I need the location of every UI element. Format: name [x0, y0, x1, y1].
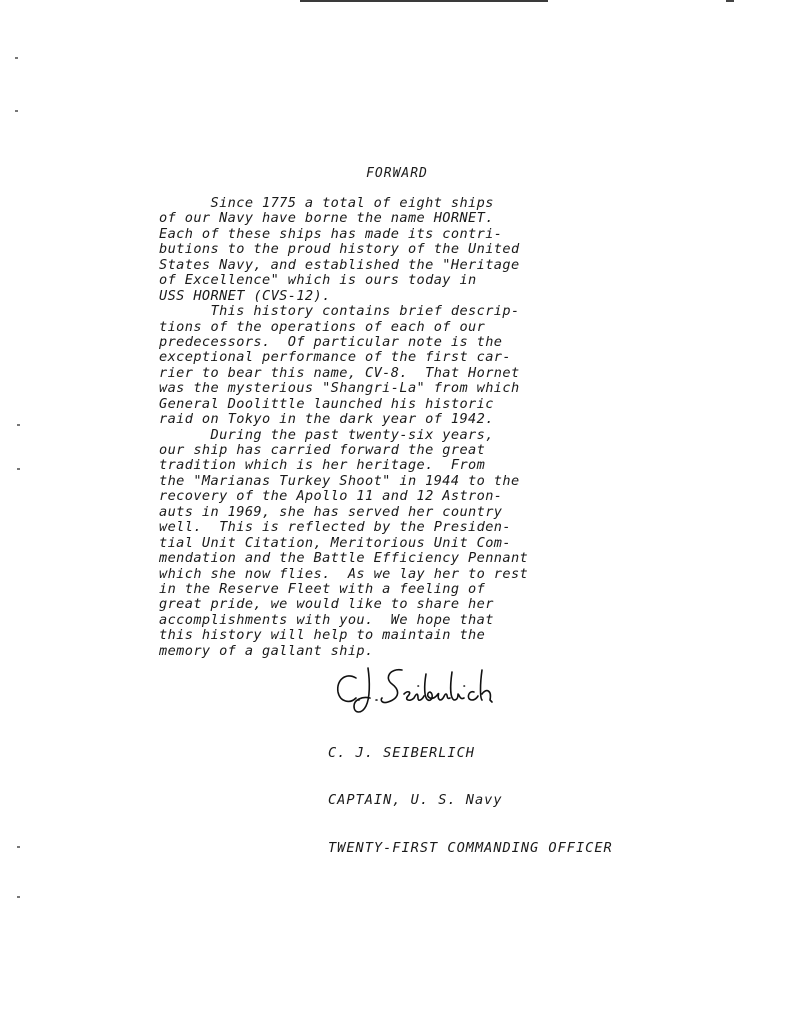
handwritten-signature: C. J. Seiberlich	[334, 664, 524, 720]
scan-top-edge-mark	[726, 0, 734, 2]
body-line: well. This is reflected by the Presiden-	[159, 520, 599, 535]
body-line: tial Unit Citation, Meritorious Unit Com…	[159, 536, 599, 551]
margin-scan-mark	[17, 846, 20, 848]
signer-name: C. J. SEIBERLICH	[328, 745, 613, 760]
margin-scan-mark	[17, 896, 20, 898]
body-line: which she now flies. As we lay her to re…	[159, 567, 599, 582]
body-line: of our Navy have borne the name HORNET.	[159, 211, 599, 226]
body-line: Each of these ships has made its contri-	[159, 227, 599, 242]
body-line: Since 1775 a total of eight ships	[159, 196, 599, 211]
signature-block: C. J. SEIBERLICH CAPTAIN, U. S. Navy TWE…	[328, 713, 613, 887]
foreword-body: Since 1775 a total of eight shipsof our …	[159, 196, 599, 659]
margin-scan-mark	[17, 468, 20, 470]
margin-scan-mark	[15, 110, 18, 112]
document-title: FORWARD	[0, 166, 790, 181]
body-line: great pride, we would like to share her	[159, 597, 599, 612]
body-line: butions to the proud history of the Unit…	[159, 242, 599, 257]
body-line: this history will help to maintain the	[159, 628, 599, 643]
body-line: exceptional performance of the first car…	[159, 350, 599, 365]
body-line: During the past twenty-six years,	[159, 428, 599, 443]
body-line: mendation and the Battle Efficiency Penn…	[159, 551, 599, 566]
body-line: This history contains brief descrip-	[159, 304, 599, 319]
body-line: General Doolittle launched his historic	[159, 397, 599, 412]
signer-position: TWENTY-FIRST COMMANDING OFFICER	[328, 840, 613, 855]
body-line: was the mysterious "Shangri-La" from whi…	[159, 381, 599, 396]
body-line: rier to bear this name, CV-8. That Horne…	[159, 366, 599, 381]
body-line: recovery of the Apollo 11 and 12 Astron-	[159, 489, 599, 504]
body-line: predecessors. Of particular note is the	[159, 335, 599, 350]
body-line: of Excellence" which is ours today in	[159, 273, 599, 288]
margin-scan-mark	[15, 57, 18, 59]
body-line: auts in 1969, she has served her country	[159, 505, 599, 520]
signer-rank: CAPTAIN, U. S. Navy	[328, 792, 613, 807]
body-line: accomplishments with you. We hope that	[159, 613, 599, 628]
scan-top-edge-line	[300, 0, 548, 2]
body-line: in the Reserve Fleet with a feeling of	[159, 582, 599, 597]
body-line: memory of a gallant ship.	[159, 644, 599, 659]
body-line: our ship has carried forward the great	[159, 443, 599, 458]
body-line: tradition which is her heritage. From	[159, 458, 599, 473]
body-line: States Navy, and established the "Herita…	[159, 258, 599, 273]
document-page: FORWARD Since 1775 a total of eight ship…	[0, 0, 790, 1024]
body-line: the "Marianas Turkey Shoot" in 1944 to t…	[159, 474, 599, 489]
margin-scan-mark	[17, 424, 20, 426]
body-line: raid on Tokyo in the dark year of 1942.	[159, 412, 599, 427]
body-line: tions of the operations of each of our	[159, 320, 599, 335]
body-line: USS HORNET (CVS-12).	[159, 289, 599, 304]
